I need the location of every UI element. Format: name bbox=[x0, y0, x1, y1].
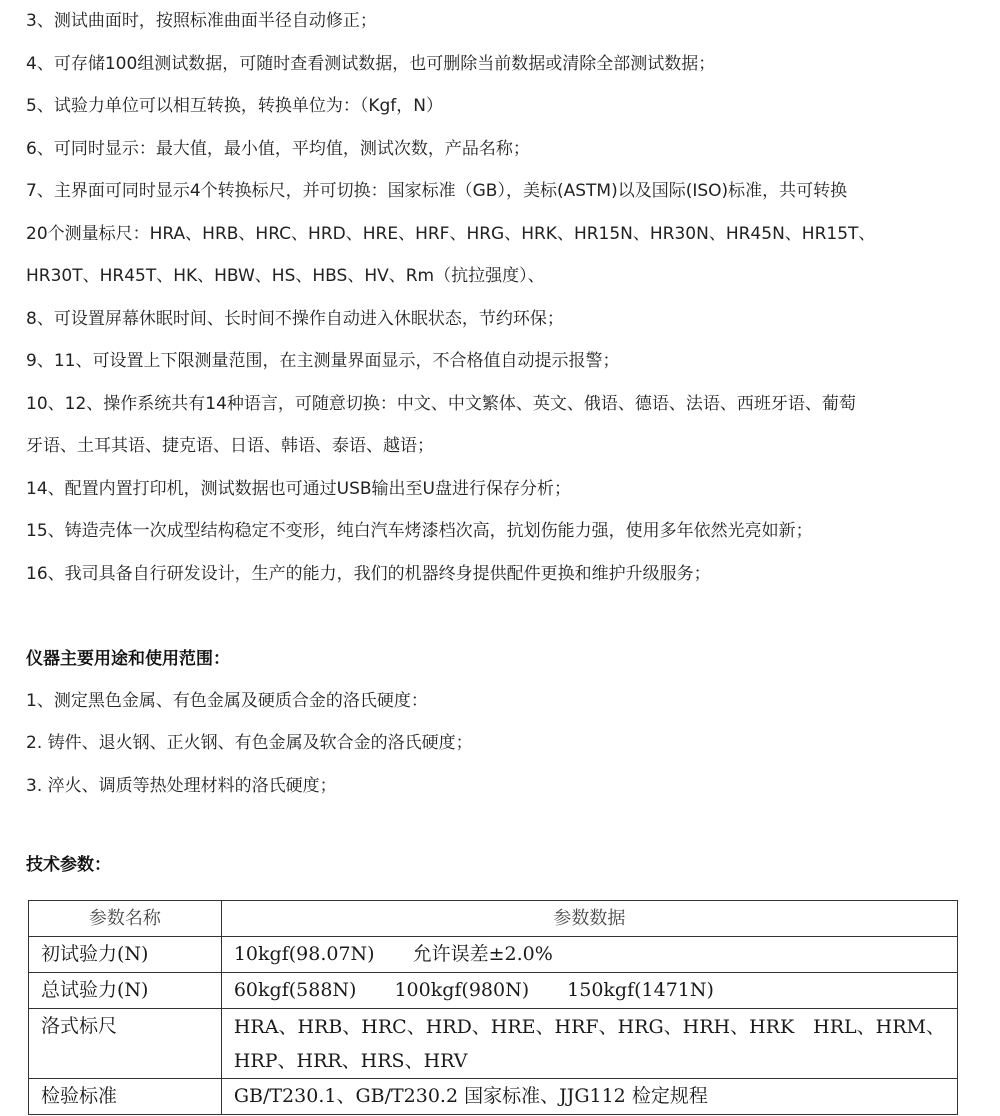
rockwell-scales-line-2: HRP、HRR、HRS、HRV bbox=[234, 1044, 945, 1078]
feature-item-7: 7、主界面可同时显示4个转换标尺，并可切换：国家标准（GB），美标(ASTM)以… bbox=[26, 180, 847, 202]
table-row: 总试验力(N) 60kgf(588N)100kgf(980N)150kgf(14… bbox=[29, 973, 958, 1009]
param-value-test-standard: GB/T230.1、GB/T230.2 国家标准、JJG112 检定规程 bbox=[221, 1079, 957, 1115]
feature-item-7-scales-line-1: 20个测量标尺：HRA、HRB、HRC、HRD、HRE、HRF、HRG、HRK、… bbox=[26, 223, 875, 245]
column-header-param-name: 参数名称 bbox=[29, 901, 222, 937]
feature-item-3: 3、测试曲面时，按照标准曲面半径自动修正； bbox=[26, 10, 377, 32]
feature-item-4: 4、可存储100组测试数据，可随时查看测试数据，也可删除当前数据或清除全部测试数… bbox=[26, 53, 715, 75]
feature-item-9-11: 9、11、可设置上下限测量范围，在主测量界面显示，不合格值自动提示报警； bbox=[26, 350, 619, 372]
feature-item-6: 6、可同时显示：最大值，最小值，平均值，测试次数，产品名称； bbox=[26, 138, 530, 160]
feature-item-10-12: 10、12、操作系统共有14种语言，可随意切换：中文、中文繁体、英文、俄语、德语… bbox=[26, 393, 856, 415]
rockwell-scales-line-1: HRA、HRB、HRC、HRD、HRE、HRF、HRG、HRH、HRK HRL、… bbox=[234, 1010, 945, 1044]
param-value-total-force: 60kgf(588N)100kgf(980N)150kgf(1471N) bbox=[221, 973, 957, 1009]
param-name-initial-force: 初试验力(N) bbox=[29, 937, 222, 973]
feature-item-14: 14、配置内置打印机，测试数据也可通过USB输出至U盘进行保存分析； bbox=[26, 478, 571, 500]
param-name-test-standard: 检验标准 bbox=[29, 1079, 222, 1115]
column-header-param-data: 参数数据 bbox=[221, 901, 957, 937]
table-row: 初试验力(N) 10kgf(98.07N)允许误差±2.0% bbox=[29, 937, 958, 973]
feature-item-8: 8、可设置屏幕休眠时间、长时间不操作自动进入休眠状态，节约环保； bbox=[26, 308, 564, 330]
feature-item-15: 15、铸造壳体一次成型结构稳定不变形，纯白汽车烤漆档次高，抗划伤能力强，使用多年… bbox=[26, 520, 813, 542]
initial-force-value: 10kgf(98.07N) bbox=[234, 943, 375, 965]
specs-table: 参数名称 参数数据 初试验力(N) 10kgf(98.07N)允许误差±2.0%… bbox=[28, 900, 958, 1115]
total-force-150: 150kgf(1471N) bbox=[567, 979, 714, 1001]
feature-item-10-12-cont: 牙语、土耳其语、捷克语、日语、韩语、泰语、越语； bbox=[26, 435, 434, 457]
param-value-initial-force: 10kgf(98.07N)允许误差±2.0% bbox=[221, 937, 957, 973]
initial-force-tolerance: 允许误差±2.0% bbox=[413, 943, 553, 965]
total-force-60: 60kgf(588N) bbox=[234, 979, 357, 1001]
usage-item-3: 3. 淬火、调质等热处理材料的洛氏硬度； bbox=[26, 775, 337, 797]
param-name-rockwell-scales: 洛式标尺 bbox=[29, 1009, 222, 1079]
feature-item-16: 16、我司具备自行研发设计，生产的能力，我们的机器终身提供配件更换和维护升级服务… bbox=[26, 563, 711, 585]
table-row: 洛式标尺 HRA、HRB、HRC、HRD、HRE、HRF、HRG、HRH、HRK… bbox=[29, 1009, 958, 1079]
feature-item-7-scales-line-2: HR30T、HR45T、HK、HBW、HS、HBS、HV、Rm（抗拉强度）、 bbox=[26, 265, 545, 287]
feature-item-5: 5、试验力单位可以相互转换，转换单位为：（Kgf，N） bbox=[26, 95, 443, 117]
usage-item-2: 2. 铸件、退火钢、正火钢、有色金属及软合金的洛氏硬度； bbox=[26, 732, 473, 754]
param-name-total-force: 总试验力(N) bbox=[29, 973, 222, 1009]
usage-heading: 仪器主要用途和使用范围： bbox=[26, 648, 230, 670]
specs-heading: 技术参数： bbox=[26, 854, 111, 876]
table-row: 检验标准 GB/T230.1、GB/T230.2 国家标准、JJG112 检定规… bbox=[29, 1079, 958, 1115]
specs-table-header-row: 参数名称 参数数据 bbox=[29, 901, 958, 937]
param-value-rockwell-scales: HRA、HRB、HRC、HRD、HRE、HRF、HRG、HRH、HRK HRL、… bbox=[221, 1009, 957, 1079]
usage-item-1: 1、测定黑色金属、有色金属及硬质合金的洛氏硬度： bbox=[26, 690, 428, 712]
total-force-100: 100kgf(980N) bbox=[394, 979, 529, 1001]
